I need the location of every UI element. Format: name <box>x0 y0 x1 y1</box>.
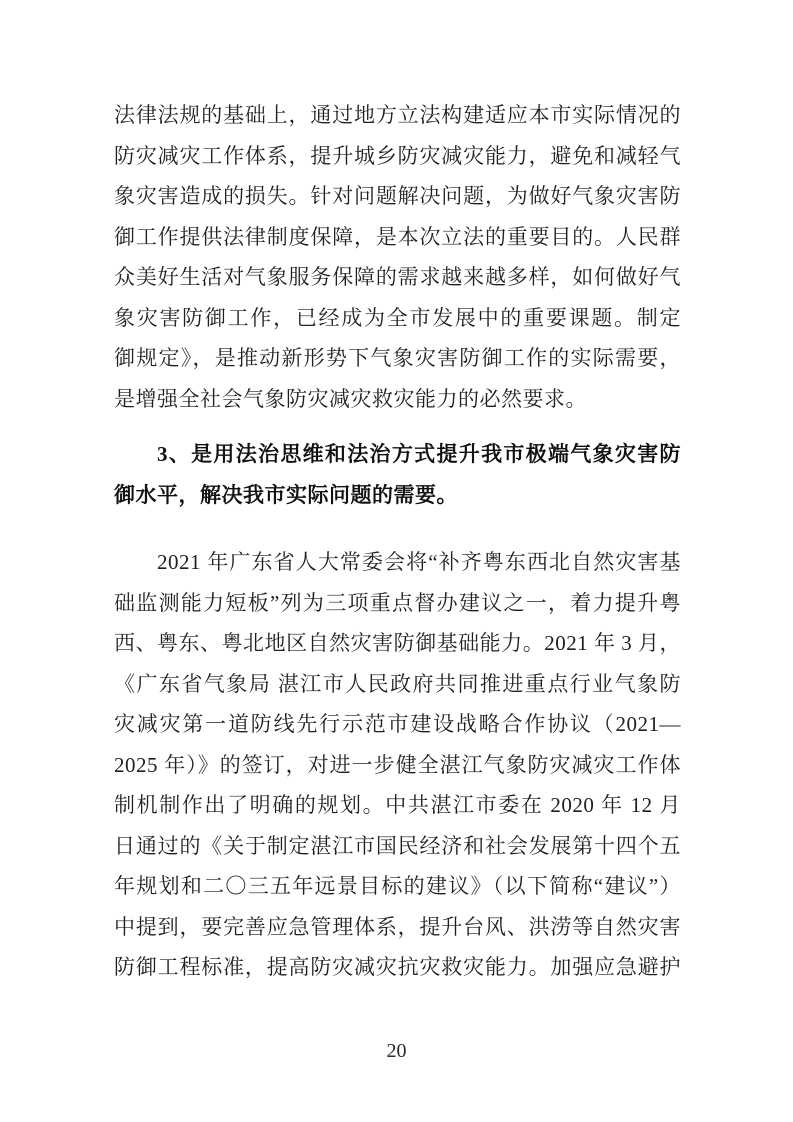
text-line: 众美好生活对气象服务保障的需求越来越多样，如何做好气 <box>114 257 681 298</box>
text-line: 防灾减灾工作体系，提升城乡防灾减灾能力，避免和减轻气 <box>114 136 681 177</box>
text-line: 2021 年广东省人大常委会将“补齐粤东西北自然灾害基 <box>114 542 681 583</box>
text-line: 年规划和二〇三五年远景目标的建议》（以下简称“建议”） <box>114 866 681 907</box>
text-line: 制机制作出了明确的规划。中共湛江市委在 2020 年 12 月 22 <box>114 785 681 826</box>
text-line: 御工作提供法律制度保障，是本次立法的重要目的。人民群 <box>114 217 681 258</box>
page-footer: 20 <box>0 1038 793 1064</box>
text-line: 日通过的《关于制定湛江市国民经济和社会发展第十四个五 <box>114 826 681 867</box>
text-line: 象灾害防御工作，已经成为全市发展中的重要课题。制定《防 <box>114 298 681 339</box>
text-line: 西、粤东、粤北地区自然灾害防御基础能力。2021 年 3 月， <box>114 623 681 664</box>
text-line: 御规定》，是推动新形势下气象灾害防御工作的实际需要， <box>114 338 681 379</box>
document-page: 法律法规的基础上，通过地方立法构建适应本市实际情况的防灾减灾工作体系，提升城乡防… <box>0 0 793 1122</box>
text-line: 灾减灾第一道防线先行示范市建设战略合作协议（2021— <box>114 704 681 745</box>
text-line: 御水平，解决我市实际问题的需要。 <box>114 475 681 516</box>
paragraph-block: 法律法规的基础上，通过地方立法构建适应本市实际情况的防灾减灾工作体系，提升城乡防… <box>114 95 681 419</box>
text-line: 中提到，要完善应急管理体系，提升台风、洪涝等自然灾害 <box>114 907 681 948</box>
text-line: 3、是用法治思维和法治方式提升我市极端气象灾害防 <box>114 434 681 475</box>
text-line: 法律法规的基础上，通过地方立法构建适应本市实际情况的 <box>114 95 681 136</box>
text-line: 《广东省气象局 湛江市人民政府共同推进重点行业气象防 <box>114 664 681 705</box>
text-line: 防御工程标准，提高防灾减灾抗灾救灾能力。加强应急避护 <box>114 947 681 988</box>
paragraph-block: 2021 年广东省人大常委会将“补齐粤东西北自然灾害基础监测能力短板”列为三项重… <box>114 542 681 988</box>
text-line: 础监测能力短板”列为三项重点督办建议之一，着力提升粤 <box>114 583 681 624</box>
document-body: 法律法规的基础上，通过地方立法构建适应本市实际情况的防灾减灾工作体系，提升城乡防… <box>114 95 681 988</box>
text-line: 象灾害造成的损失。针对问题解决问题，为做好气象灾害防 <box>114 176 681 217</box>
text-line: 是增强全社会气象防灾减灾救灾能力的必然要求。 <box>114 379 681 420</box>
text-line: 2025 年）》的签订，对进一步健全湛江气象防灾减灾工作体 <box>114 745 681 786</box>
page-number: 20 <box>387 1040 407 1062</box>
heading-block: 3、是用法治思维和法治方式提升我市极端气象灾害防御水平，解决我市实际问题的需要。 <box>114 434 681 515</box>
